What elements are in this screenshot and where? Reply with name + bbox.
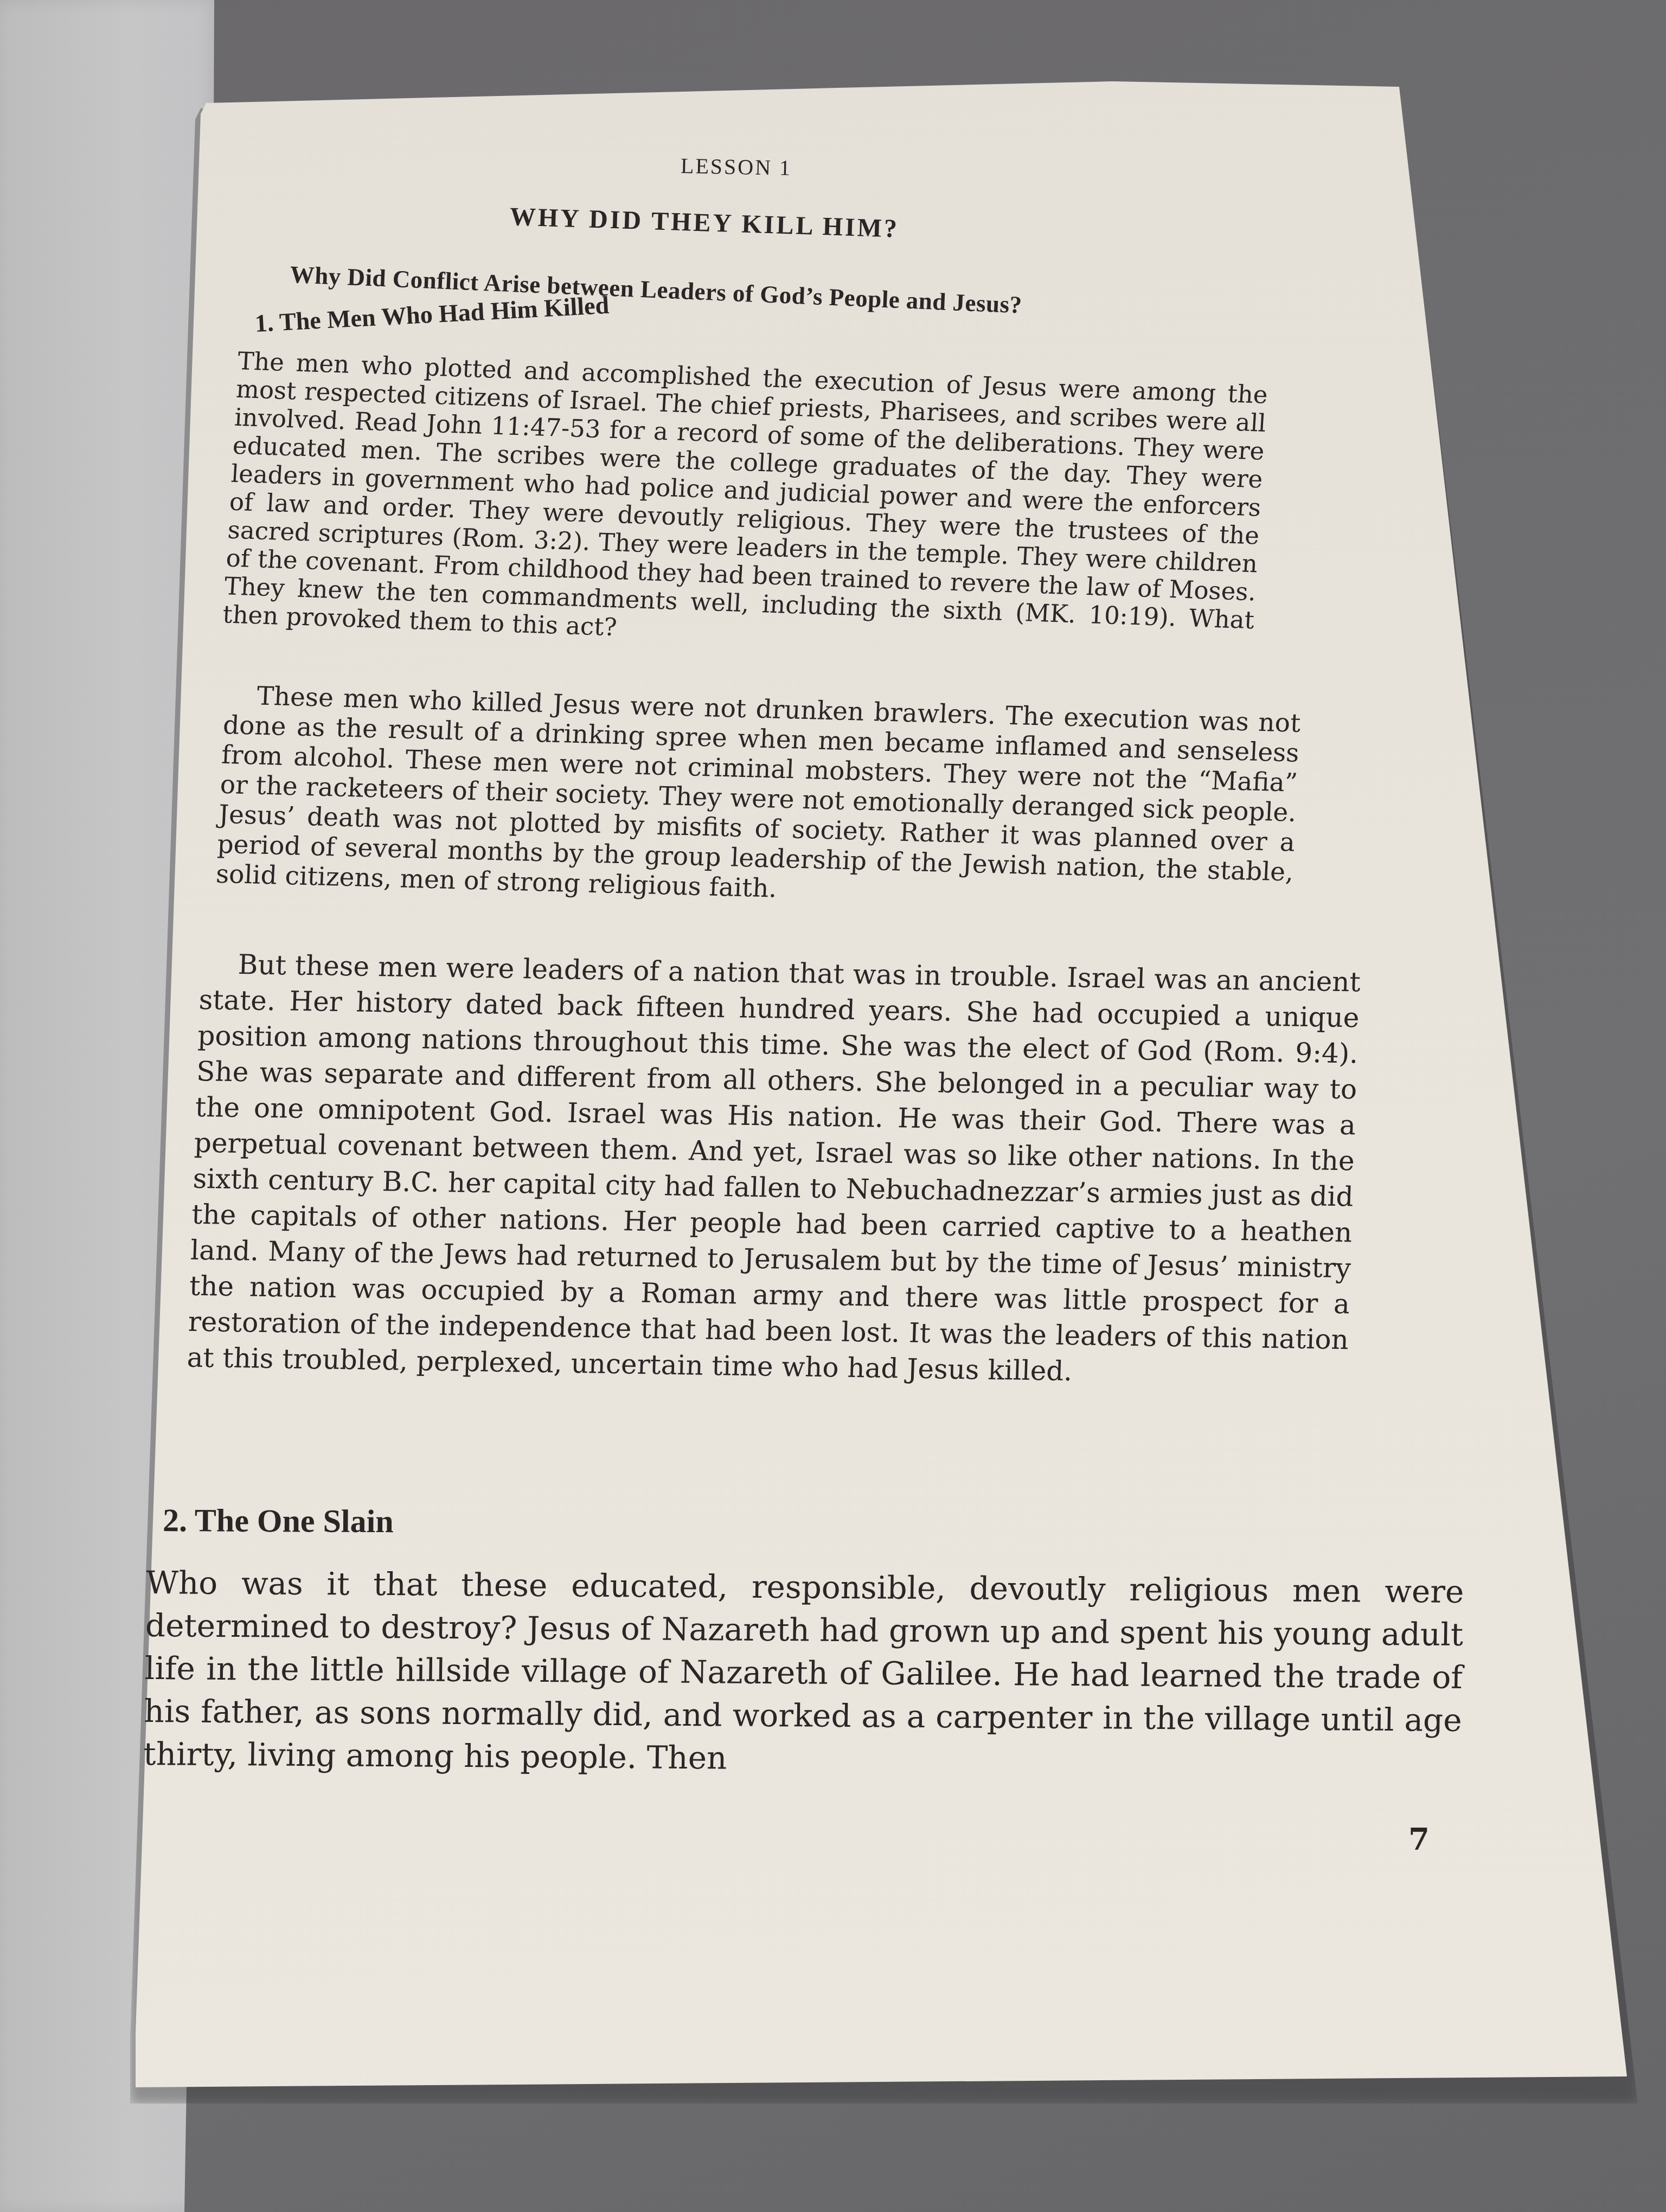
photo-scene: LESSON 1 WHY DID THEY KILL HIM? Why Did … xyxy=(0,0,1666,2212)
page-content: LESSON 1 WHY DID THEY KILL HIM? Why Did … xyxy=(0,0,1666,2212)
page-number: 7 xyxy=(1408,1822,1430,1857)
section-heading-1: 1. The Men Who Had Him Killed xyxy=(254,291,610,338)
page-title: WHY DID THEY KILL HIM? xyxy=(509,202,900,244)
section-2-paragraph-1: Who was it that these educated, responsi… xyxy=(143,1561,1464,1785)
section-1-paragraph-1: The men who plotted and accomplished the… xyxy=(222,347,1268,663)
section-heading-2: 2. The One Slain xyxy=(163,1502,394,1540)
section-1-paragraph-3: But these men were leaders of a nation t… xyxy=(187,946,1361,1393)
section-1-paragraph-2: These men who killed Jesus were not drun… xyxy=(215,680,1301,917)
lesson-label: LESSON 1 xyxy=(681,153,792,181)
